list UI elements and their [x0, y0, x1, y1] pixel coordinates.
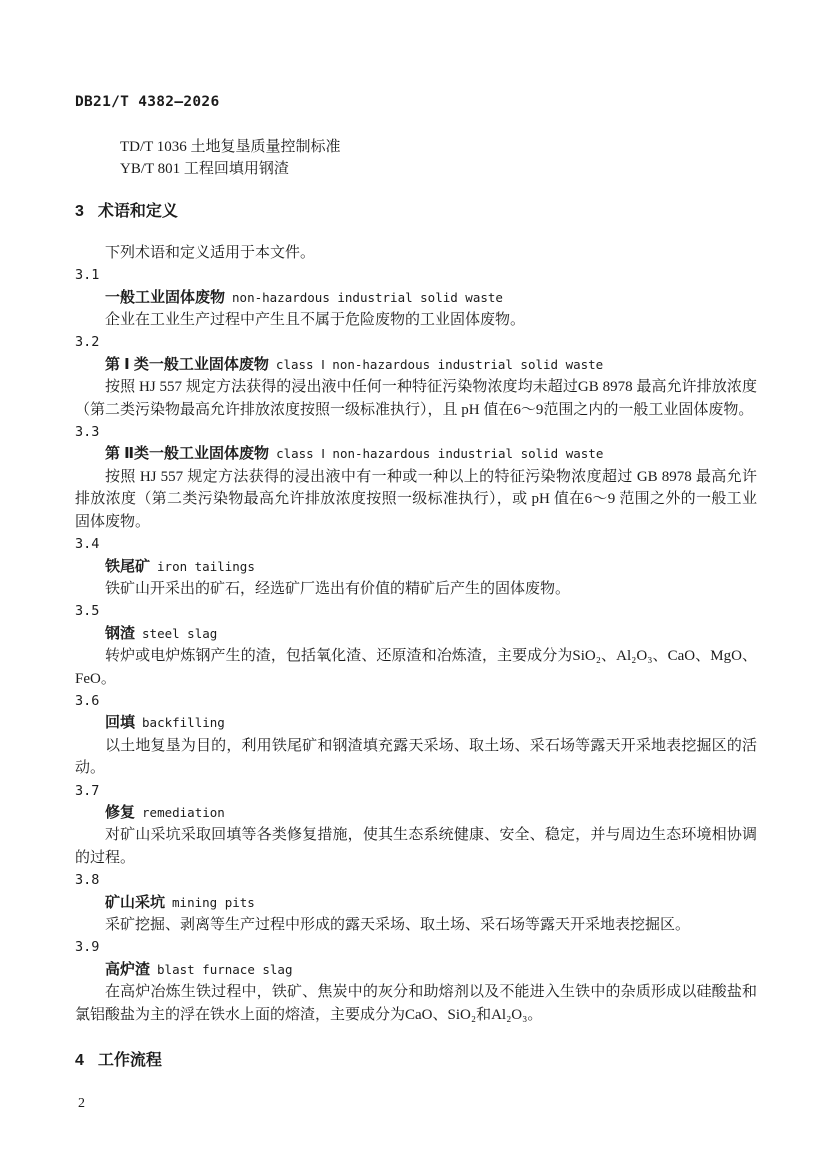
- term-title-en: blast furnace slag: [157, 962, 292, 977]
- term-entry: 3.2 第 Ⅰ 类一般工业固体废物class Ⅰ non-hazardous i…: [75, 331, 757, 421]
- term-title-cn: 铁尾矿: [105, 558, 150, 575]
- term-title: 高炉渣blast furnace slag: [75, 959, 757, 981]
- term-number: 3.3: [75, 421, 757, 443]
- term-title: 一般工业固体废物non-hazardous industrial solid w…: [75, 287, 757, 309]
- term-entry: 3.6 回填backfilling 以土地复垦为目的，利用铁尾矿和钢渣填充露天采…: [75, 690, 757, 780]
- term-title: 修复remediation: [75, 802, 757, 824]
- term-number: 3.6: [75, 690, 757, 712]
- term-number: 3.4: [75, 533, 757, 555]
- term-title-en: steel slag: [142, 626, 217, 641]
- term-entry: 3.3 第 Ⅱ类一般工业固体废物class Ⅰ non-hazardous in…: [75, 421, 757, 533]
- terms-intro: 下列术语和定义适用于本文件。: [75, 242, 757, 264]
- page-number: 2: [75, 1094, 757, 1114]
- term-number: 3.7: [75, 780, 757, 802]
- normative-references: TD/T 1036 土地复垦质量控制标准 YB/T 801 工程回填用钢渣: [75, 136, 757, 181]
- term-title-en: remediation: [142, 805, 225, 820]
- term-entry: 3.4 铁尾矿iron tailings 铁矿山开采出的矿石，经选矿厂选出有价值…: [75, 533, 757, 600]
- term-definition: 对矿山采坑采取回填等各类修复措施，使其生态系统健康、安全、稳定，并与周边生态环境…: [75, 824, 757, 869]
- term-title-cn: 回填: [105, 714, 135, 731]
- term-entry: 3.1 一般工业固体废物non-hazardous industrial sol…: [75, 264, 757, 331]
- term-title: 第 Ⅰ 类一般工业固体废物class Ⅰ non-hazardous indus…: [75, 354, 757, 376]
- section-heading-workflow: 4工作流程: [75, 1049, 757, 1073]
- term-title-en: non-hazardous industrial solid waste: [232, 290, 503, 305]
- term-title-en: mining pits: [172, 895, 255, 910]
- term-title-cn: 第 Ⅰ 类一般工业固体废物: [105, 356, 269, 373]
- section-title: 工作流程: [98, 1052, 162, 1069]
- term-title-cn: 高炉渣: [105, 961, 150, 978]
- term-title-cn: 一般工业固体废物: [105, 289, 225, 306]
- term-definition: 企业在工业生产过程中产生且不属于危险废物的工业固体废物。: [75, 309, 757, 331]
- term-title-en: iron tailings: [157, 559, 255, 574]
- term-title: 第 Ⅱ类一般工业固体废物class Ⅰ non-hazardous indust…: [75, 443, 757, 465]
- normative-reference: YB/T 801 工程回填用钢渣: [75, 158, 757, 180]
- term-number: 3.1: [75, 264, 757, 286]
- term-title-cn: 修复: [105, 804, 135, 821]
- term-title: 回填backfilling: [75, 712, 757, 734]
- term-definition: 在高炉冶炼生铁过程中，铁矿、焦炭中的灰分和助熔剂以及不能进入生铁中的杂质形成以硅…: [75, 981, 757, 1026]
- term-number: 3.2: [75, 331, 757, 353]
- document-page: DB21/T 4382—2026 TD/T 1036 土地复垦质量控制标准 YB…: [0, 0, 827, 1170]
- term-title-cn: 钢渣: [105, 625, 135, 642]
- page-content: DB21/T 4382—2026 TD/T 1036 土地复垦质量控制标准 YB…: [75, 93, 757, 1114]
- term-definition: 按照 HJ 557 规定方法获得的浸出液中有一种或一种以上的特征污染物浓度超过 …: [75, 466, 757, 533]
- section-heading-terms: 3术语和定义: [75, 200, 757, 224]
- terms-block: 下列术语和定义适用于本文件。 3.1 一般工业固体废物non-hazardous…: [75, 242, 757, 1026]
- term-title: 矿山采坑mining pits: [75, 892, 757, 914]
- term-entry: 3.5 钢渣steel slag 转炉或电炉炼钢产生的渣，包括氧化渣、还原渣和冶…: [75, 600, 757, 690]
- term-title: 钢渣steel slag: [75, 623, 757, 645]
- normative-reference: TD/T 1036 土地复垦质量控制标准: [75, 136, 757, 158]
- term-entry: 3.9 高炉渣blast furnace slag 在高炉冶炼生铁过程中，铁矿、…: [75, 936, 757, 1026]
- term-title: 铁尾矿iron tailings: [75, 556, 757, 578]
- standard-number-header: DB21/T 4382—2026: [75, 93, 757, 111]
- section-number: 4: [75, 1052, 84, 1069]
- term-title-en: class Ⅰ non-hazardous industrial solid w…: [276, 446, 603, 461]
- term-title-cn: 矿山采坑: [105, 894, 165, 911]
- term-definition: 转炉或电炉炼钢产生的渣，包括氧化渣、还原渣和冶炼渣，主要成分为SiO₂、Al₂O…: [75, 645, 757, 690]
- term-number: 3.5: [75, 600, 757, 622]
- term-number: 3.9: [75, 936, 757, 958]
- term-number: 3.8: [75, 869, 757, 891]
- term-entry: 3.7 修复remediation 对矿山采坑采取回填等各类修复措施，使其生态系…: [75, 780, 757, 870]
- term-definition: 采矿挖掘、剥离等生产过程中形成的露天采场、取土场、采石场等露天开采地表挖掘区。: [75, 914, 757, 936]
- term-definition: 以土地复垦为目的，利用铁尾矿和钢渣填充露天采场、取土场、采石场等露天开采地表挖掘…: [75, 735, 757, 780]
- term-definition: 铁矿山开采出的矿石，经选矿厂选出有价值的精矿后产生的固体废物。: [75, 578, 757, 600]
- term-entry: 3.8 矿山采坑mining pits 采矿挖掘、剥离等生产过程中形成的露天采场…: [75, 869, 757, 936]
- section-title: 术语和定义: [98, 203, 178, 220]
- term-title-en: class Ⅰ non-hazardous industrial solid w…: [276, 357, 603, 372]
- section-number: 3: [75, 203, 84, 220]
- term-title-cn: 第 Ⅱ类一般工业固体废物: [105, 445, 269, 462]
- term-definition: 按照 HJ 557 规定方法获得的浸出液中任何一种特征污染物浓度均未超过GB 8…: [75, 376, 757, 421]
- term-title-en: backfilling: [142, 715, 225, 730]
